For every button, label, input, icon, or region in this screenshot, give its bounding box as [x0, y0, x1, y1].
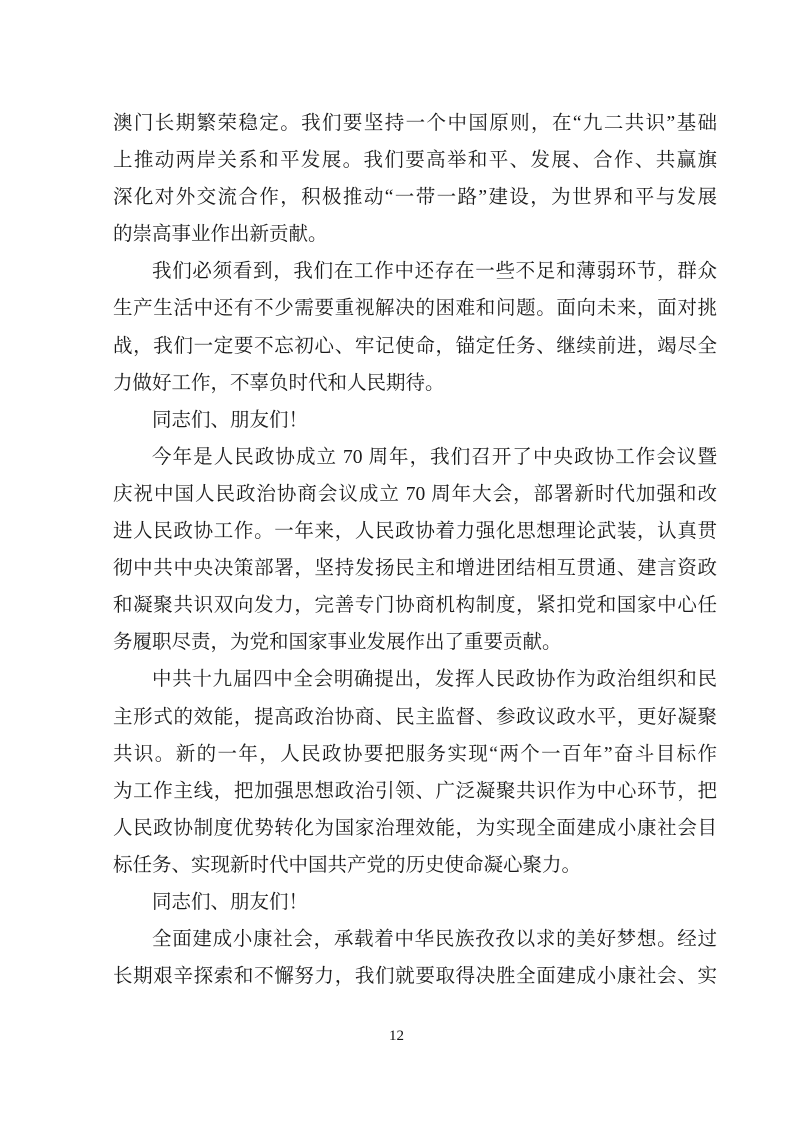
text-line: 和凝聚共识双向发力，完善专门协商机构制度，紧扣党和国家中心任 — [113, 587, 717, 624]
page-number: 12 — [0, 1026, 793, 1046]
text-line: 同志们、朋友们！ — [113, 884, 717, 921]
text-line: 全面建成小康社会，承载着中华民族孜孜以求的美好梦想。经过 — [113, 921, 717, 958]
text-line: 澳门长期繁荣稳定。我们要坚持一个中国原则，在“九二共识”基础 — [113, 105, 717, 142]
text-line: 的崇高事业作出新贡献。 — [113, 216, 717, 253]
text-line: 力做好工作，不辜负时代和人民期待。 — [113, 365, 717, 402]
text-line: 上推动两岸关系和平发展。我们要高举和平、发展、合作、共赢旗帜， — [113, 142, 717, 179]
text-line: 中共十九届四中全会明确提出，发挥人民政协作为政治组织和民 — [113, 661, 717, 698]
text-line: 生产生活中还有不少需要重视解决的困难和问题。面向未来，面对挑 — [113, 290, 717, 327]
text-line: 同志们、朋友们！ — [113, 402, 717, 439]
document-page: 澳门长期繁荣稳定。我们要坚持一个中国原则，在“九二共识”基础上推动两岸关系和平发… — [0, 0, 793, 1122]
text-line: 人民政协制度优势转化为国家治理效能，为实现全面建成小康社会目 — [113, 810, 717, 847]
text-line: 庆祝中国人民政治协商会议成立 70 周年大会，部署新时代加强和改 — [113, 476, 717, 513]
text-line: 深化对外交流合作，积极推动“一带一路”建设，为世界和平与发展 — [113, 179, 717, 216]
text-line: 长期艰辛探索和不懈努力，我们就要取得决胜全面建成小康社会、实 — [113, 958, 717, 995]
text-line: 彻中共中央决策部署，坚持发扬民主和增进团结相互贯通、建言资政 — [113, 550, 717, 587]
text-line: 主形式的效能，提高政治协商、民主监督、参政议政水平，更好凝聚 — [113, 699, 717, 736]
text-line: 战，我们一定要不忘初心、牢记使命，锚定任务、继续前进，竭尽全 — [113, 328, 717, 365]
text-line: 进人民政协工作。一年来，人民政协着力强化思想理论武装，认真贯 — [113, 513, 717, 550]
text-line: 共识。新的一年，人民政协要把服务实现“两个一百年”奋斗目标作 — [113, 736, 717, 773]
text-line: 我们必须看到，我们在工作中还存在一些不足和薄弱环节，群众 — [113, 253, 717, 290]
text-line: 今年是人民政协成立 70 周年，我们召开了中央政协工作会议暨 — [113, 439, 717, 476]
text-line: 为工作主线，把加强思想政治引领、广泛凝聚共识作为中心环节，把 — [113, 773, 717, 810]
page-body-text: 澳门长期繁荣稳定。我们要坚持一个中国原则，在“九二共识”基础上推动两岸关系和平发… — [113, 105, 717, 995]
text-line: 务履职尽责，为党和国家事业发展作出了重要贡献。 — [113, 624, 717, 661]
text-line: 标任务、实现新时代中国共产党的历史使命凝心聚力。 — [113, 847, 717, 884]
